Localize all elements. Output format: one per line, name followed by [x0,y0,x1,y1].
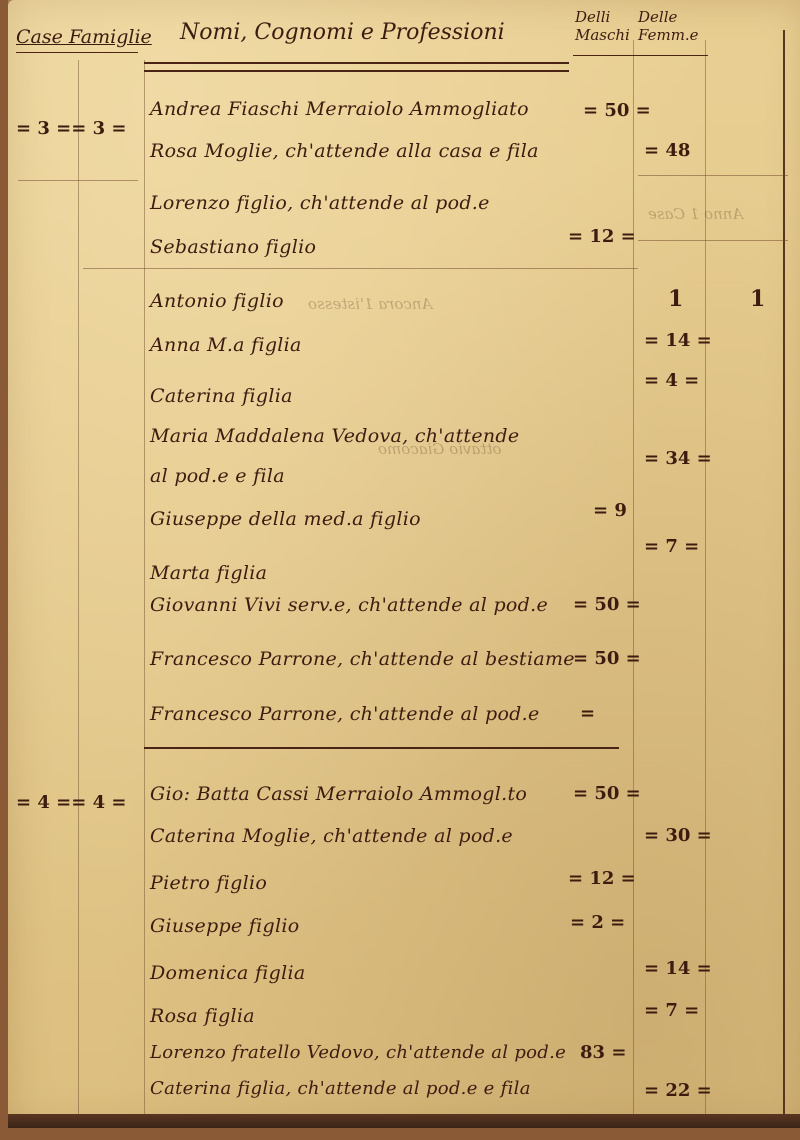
header-rule-right [573,55,708,56]
entry-2-3-males: = 12 = [568,868,636,889]
row-rule [638,240,788,241]
header-males: Delli Maschi [575,8,631,44]
entry-2-1: Gio: Batta Cassi Merraiolo Ammogl.to [150,783,527,805]
entry-2-6-females: = 7 = [644,1000,699,1021]
header-rule-top [144,62,569,64]
household-1-number: = 3 == 3 = [16,118,126,139]
entry-1-4: Sebastiano figlio [150,236,316,258]
entry-2-8-females: = 22 = [644,1080,712,1101]
column-rule-males [633,40,634,1120]
entry-1-11: Marta figlia [150,562,267,584]
entry-1-12-males: = 50 = [573,594,641,615]
bleed-through-text: Ancora 1'istesso [308,295,432,313]
entry-2-2: Caterina Moglie, ch'attende al pod.e [150,825,513,847]
row-rule [18,180,138,181]
entry-1-4-males: = 12 = [568,226,636,247]
entry-1-2-females: = 48 [644,140,690,161]
entry-1-12: Giovanni Vivi serv.e, ch'attende al pod.… [150,594,548,616]
entry-1-7-females: = 4 = [644,370,699,391]
entry-1-14: Francesco Parrone, ch'attende al pod.e [150,703,540,725]
entry-2-7-males: 83 = [580,1042,626,1063]
entry-1-7: Caterina figlia [150,385,293,407]
entry-1-5: Antonio figlio [150,290,284,312]
entry-1-14-males: = [580,703,595,724]
entry-2-4-males: = 2 = [570,912,625,933]
entry-2-7: Lorenzo fratello Vedovo, ch'attende al p… [150,1042,566,1063]
entry-1-10-males: = 9 [593,500,627,521]
entry-1-9-females: = 34 = [644,448,712,469]
entry-1-5-females: 1 [750,286,765,312]
entry-2-2-females: = 30 = [644,825,712,846]
entry-2-5: Domenica figlia [150,962,306,984]
entry-1-5-males: 1 [668,286,683,312]
entry-1-6: Anna M.a figlia [150,334,302,356]
entry-2-3: Pietro figlio [150,872,267,894]
header-rule-bottom [144,70,569,72]
header-females-label: Delle Femm.e [638,8,699,44]
header-names: Nomi, Cognomi e Professioni [180,20,505,45]
bleed-through-text: ottavio Giacomo [378,440,502,458]
header-females: Delle Femm.e [638,8,698,44]
entry-1-10: Giuseppe della med.a figlio [150,508,421,530]
column-rule-names [144,60,145,1120]
entry-2-5-females: = 14 = [644,958,712,979]
entry-1-6-females: = 14 = [644,330,712,351]
entry-2-4: Giuseppe figlio [150,915,299,937]
household-separator [144,747,619,749]
manuscript-page: Case Famiglie Nomi, Cognomi e Profession… [8,0,800,1128]
household-2-number: = 4 == 4 = [16,792,126,813]
header-houses-families: Case Famiglie [16,26,152,48]
entry-1-13: Francesco Parrone, ch'attende al bestiam… [150,648,575,670]
row-rule [83,268,638,269]
entry-2-1-males: = 50 = [573,783,641,804]
entry-1-11-females: = 7 = [644,536,699,557]
entry-1-1-males: = 50 = [583,100,651,121]
header-males-label: Delli Maschi [575,8,630,44]
entry-2-6: Rosa figlia [150,1005,255,1027]
bleed-through-text: Anno 1 Case [648,205,743,223]
column-rule-families [78,60,79,1120]
row-rule [638,175,788,176]
entry-2-8: Caterina figlia, ch'attende al pod.e e f… [150,1078,531,1099]
entry-1-9: al pod.e e fila [150,465,285,487]
page-bottom-edge [8,1114,800,1128]
entry-1-1: Andrea Fiaschi Merraiolo Ammogliato [150,98,529,120]
right-margin-rule [783,30,785,1120]
entry-1-13-males: = 50 = [573,648,641,669]
header-rule-left [16,52,138,53]
entry-1-3: Lorenzo figlio, ch'attende al pod.e [150,192,490,214]
entry-1-2: Rosa Moglie, ch'attende alla casa e fila [150,140,539,162]
